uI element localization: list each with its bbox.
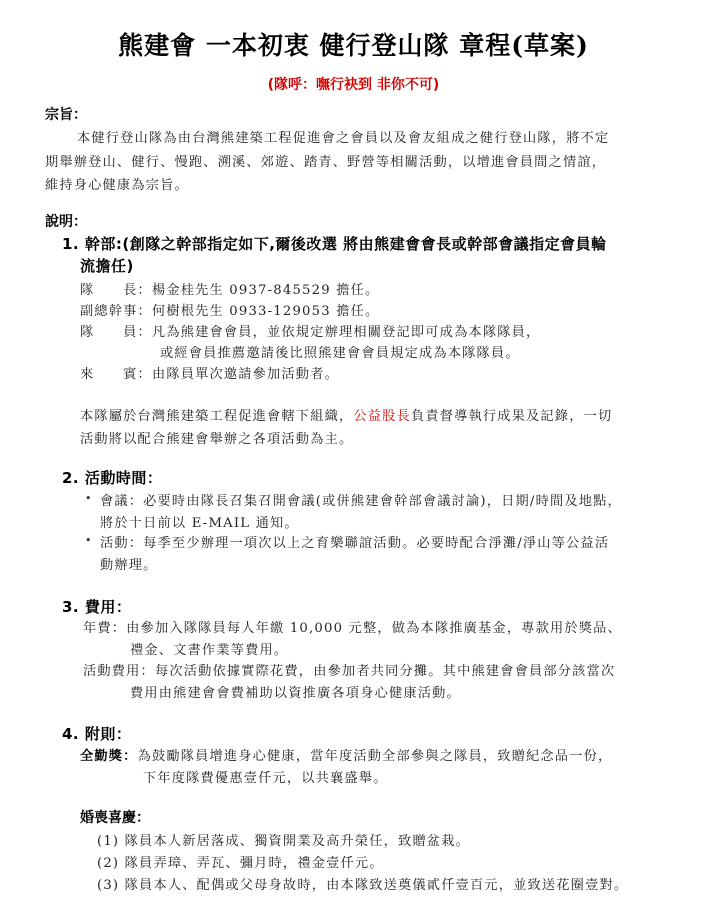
fee-text: 由參加入隊隊員每人年繳 10,000 元整，做為本隊推廣基金，專款用於獎品、 (126, 621, 622, 636)
section1-heading-line2: 流擔任) (80, 255, 134, 276)
role-text: 何樹根先生 0933-129053 擔任。 (152, 304, 379, 319)
attendance-award-line1: 全勤獎：為鼓勵隊員增進身心健康，當年度活動全部參與之隊員，致贈紀念品一份， (80, 745, 612, 764)
note-text: 本隊屬於台灣熊建築工程促進會轄下組織， (80, 409, 353, 424)
role-label: 來 賓： (80, 367, 152, 382)
meeting-line2: 將於十日前以 E-MAIL 通知。 (100, 512, 299, 531)
explanation-label: 說明： (45, 211, 87, 231)
ceremonies-label: 婚喪喜慶： (80, 807, 150, 827)
attendance-label: 全勤獎： (80, 749, 138, 764)
role-text: 楊金桂先生 0937-845529 擔任。 (152, 283, 379, 298)
team-slogan: (隊呼：嘸行袂到 非你不可) (0, 74, 707, 94)
organization-note-line1: 本隊屬於台灣熊建築工程促進會轄下組織，公益股長負責督導執行成果及記錄，一切 (80, 405, 612, 424)
fee-label: 活動費用： (83, 664, 155, 679)
role-row-deputy: 副總幹事：何樹根先生 0933-129053 擔任。 (80, 300, 379, 319)
purpose-line-1: 本健行登山隊為由台灣熊建築工程促進會之會員以及會友組成之健行登山隊，將不定 (77, 127, 609, 146)
activity-line2: 動辦理。 (100, 554, 158, 573)
ceremony-item-2: (2) 隊員弄璋、弄瓦、彌月時，禮金壹仟元。 (97, 852, 384, 871)
purpose-line-2: 期舉辦登山、健行、慢跑、溯溪、郊遊、踏青、野營等相關活動，以增進會員間之情誼， (45, 151, 606, 170)
role-row-member-cont: 或經會員推薦邀請後比照熊建會會員規定成為本隊隊員。 (160, 342, 520, 361)
role-row-guest: 來 賓：由隊員單次邀請參加活動者。 (80, 363, 339, 382)
meeting-line1: 會議：必要時由隊長召集召開會議(或併熊建會幹部會議討論)，日期/時間及地點， (100, 490, 622, 509)
purpose-line-3: 維持身心健康為宗旨。 (45, 174, 189, 193)
organization-note-line2: 活動將以配合熊建會舉辦之各項活動為主。 (80, 428, 353, 447)
role-row-member: 隊 員：凡為熊建會會員，並依規定辦理相關登記即可成為本隊隊員， (80, 321, 540, 340)
activity-fee-line1: 活動費用：每次活動依據實際花費，由參加者共同分攤。其中熊建會會員部分該當次 (83, 660, 615, 679)
public-welfare-officer-highlight: 公益股長 (353, 409, 411, 424)
fee-label: 年費： (83, 621, 126, 636)
role-label: 隊 員： (80, 325, 152, 340)
bullet-icon: • (85, 492, 92, 505)
bullet-icon: • (85, 534, 92, 547)
annual-fee-line1: 年費：由參加入隊隊員每人年繳 10,000 元整，做為本隊推廣基金，專款用於獎品… (83, 617, 622, 636)
section2-heading: 2. 活動時間： (62, 467, 162, 488)
attendance-award-line2: 下年度隊費優惠壹仟元，以共襄盛舉。 (143, 767, 388, 786)
activity-fee-line2: 費用由熊建會會費補助以資推廣各項身心健康活動。 (130, 682, 461, 701)
section4-heading: 4. 附則： (62, 723, 131, 744)
note-text: 負責督導執行成果及記錄，一切 (411, 409, 612, 424)
document-title: 熊建會 一本初衷 健行登山隊 章程(草案) (0, 26, 707, 62)
activity-line1: 活動：每季至少辦理一項次以上之育樂聯誼活動。必要時配合淨灘/淨山等公益活 (100, 532, 609, 551)
annual-fee-line2: 禮金、文書作業等費用。 (130, 639, 288, 658)
role-label: 副總幹事： (80, 304, 152, 319)
role-row-leader: 隊 長：楊金桂先生 0937-845529 擔任。 (80, 279, 379, 298)
role-label: 隊 長： (80, 283, 152, 298)
role-text: 或經會員推薦邀請後比照熊建會會員規定成為本隊隊員。 (160, 346, 520, 361)
section1-heading-line1: 1. 幹部:(創隊之幹部指定如下,爾後改選 將由熊建會會長或幹部會議指定會員輪 (62, 233, 607, 254)
ceremony-item-1: (1) 隊員本人新居落成、獨資開業及高升榮任，致贈盆栽。 (97, 830, 470, 849)
purpose-label: 宗旨： (45, 104, 87, 124)
section3-heading: 3. 費用： (62, 596, 131, 617)
attendance-text: 為鼓勵隊員增進身心健康，當年度活動全部參與之隊員，致贈紀念品一份， (138, 749, 613, 764)
role-text: 由隊員單次邀請參加活動者。 (152, 367, 339, 382)
ceremony-item-3: (3) 隊員本人、配偶或父母身故時，由本隊致送奠儀貳仟壹百元，並致送花圈壹對。 (97, 874, 628, 893)
role-text: 凡為熊建會會員，並依規定辦理相關登記即可成為本隊隊員， (152, 325, 540, 340)
fee-text: 每次活動依據實際花費，由參加者共同分攤。其中熊建會會員部分該當次 (155, 664, 615, 679)
